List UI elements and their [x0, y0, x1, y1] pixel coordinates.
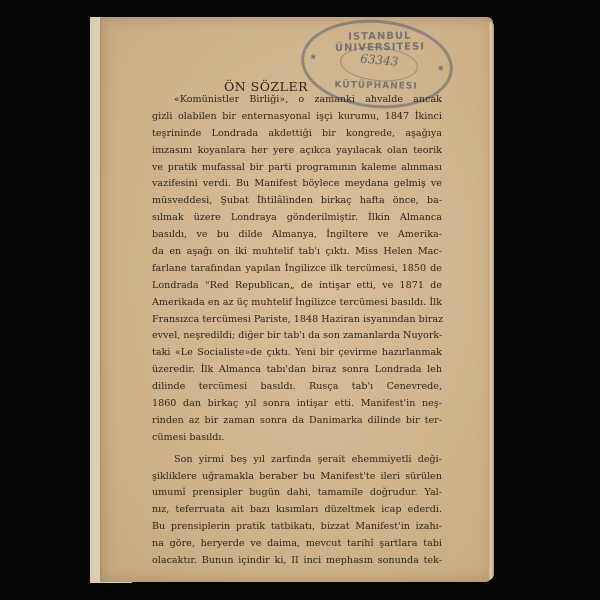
- text-line: da en aşağı on iki muhtelif tab'ı çıktı.…: [152, 244, 442, 261]
- text-line: farlane tarafından yapılan İngilizce ilk…: [152, 261, 442, 278]
- text-line: umumî prensipler bugün dahi, tamamile do…: [152, 485, 442, 502]
- text-line: rinden az bir zaman sonra da Danimarka d…: [152, 413, 442, 430]
- text-line: basıldı, ve bu dilde Almanya, İngiltere …: [152, 227, 442, 244]
- text-line: olacaktır. Bunun içindir ki, II inci mep…: [152, 553, 442, 570]
- text-line: taki «Le Socialiste»de çıktı. Yeni bir ç…: [152, 345, 442, 362]
- text-line: 1860 dan birkaç yıl sonra intişar etti. …: [152, 396, 442, 413]
- text-line: evvel, neşredildi; diğer bir tab'ı da so…: [152, 328, 442, 345]
- text-line: vazifesini verdi. Bu Manifest böylece me…: [152, 176, 442, 193]
- text-line: Amerikada en az üç muhtelif İngilizce te…: [152, 295, 442, 312]
- stamp-bottom-text: KÜTÜPHANESI: [326, 80, 426, 92]
- star-icon: ✱: [310, 53, 317, 61]
- text-line: Londrada “Red Republican„ de intişar ett…: [152, 278, 442, 295]
- text-line: müsveddesi, Şubat İhtilâlinden birkaç ha…: [152, 193, 442, 210]
- body-text: «Komünistler Birliği», o zamanki ahvalde…: [152, 92, 442, 570]
- text-line: ve pratik mufassal bir parti programının…: [152, 160, 442, 177]
- text-line: Fransızca tercümesi Pariste, 1848 Hazira…: [152, 312, 442, 329]
- page-stack-edge: [488, 22, 494, 580]
- text-line: şikliklere uğramakla beraber bu Manifest…: [152, 469, 442, 486]
- text-line: Bu prensiplerin pratik tatbikatı, bizzat…: [152, 519, 442, 536]
- text-line: dilinde tercümesi basıldı. Rusça tab'ı C…: [152, 379, 442, 396]
- text-line: cümesi basıldı.: [152, 430, 442, 447]
- text-line: teşrininde Londrada akdettiği bir kongre…: [152, 126, 442, 143]
- text-line: sılmak üzere Londraya gönderilmiştir. İl…: [152, 210, 442, 227]
- text-line: nız, teferruata ait bazı kısımları düzel…: [152, 502, 442, 519]
- star-icon: ✱: [438, 64, 445, 72]
- text-line: na göre, heryerde ve daima, mevcut tarih…: [152, 536, 442, 553]
- text-line: gizli olabilen bir enternasyonal işçi ku…: [152, 109, 442, 126]
- text-line: imzasını koyanlara her yere açıkca yayıl…: [152, 143, 442, 160]
- text-line: üzeredir. İlk Almanca tabı'dan biraz son…: [152, 362, 442, 379]
- text-line: «Komünistler Birliği», o zamanki ahvalde…: [152, 92, 442, 109]
- text-line: Son yirmi beş yıl zarfında şerait ehemmi…: [152, 452, 442, 469]
